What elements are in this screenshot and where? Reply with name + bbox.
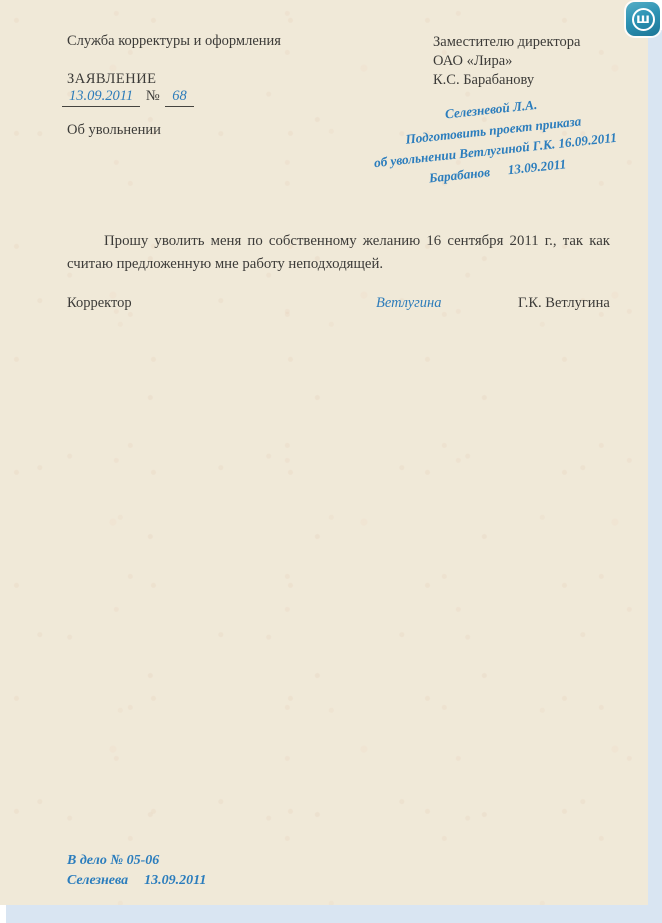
- addressee-line: К.С. Барабанову: [433, 71, 580, 90]
- document-type-title: ЗАЯВЛЕНИЕ: [67, 71, 157, 88]
- signer-name: Г.К. Ветлугина: [518, 295, 610, 312]
- department-line: Служба корректуры и оформления: [67, 33, 281, 50]
- document-date: 13.09.2011: [62, 88, 140, 107]
- document-page: Служба корректуры и оформления Заместите…: [0, 0, 648, 905]
- file-note-name: Селезнева: [67, 873, 128, 888]
- number-sign: №: [144, 88, 162, 104]
- site-watermark-logo: ш: [626, 2, 660, 36]
- file-note-case: В дело № 05-06: [67, 851, 206, 871]
- page: { "watermark": { "glyph": "ш" }, "header…: [0, 0, 662, 923]
- file-note-signature-line: Селезнева13.09.2011: [67, 871, 206, 891]
- resolution-signer: Барабанов: [428, 164, 490, 185]
- sh-letter-icon: ш: [632, 8, 655, 31]
- date-number-line: 13.09.2011 № 68: [62, 88, 194, 107]
- signer-position: Корректор: [67, 295, 132, 312]
- addressee-block: Заместителю директора ОАО «Лира» К.С. Ба…: [433, 33, 580, 90]
- signature-row: Корректор Ветлугина Г.К. Ветлугина: [0, 295, 648, 315]
- resolution-note: Селезневой Л.А. Подготовить проект прика…: [326, 83, 662, 199]
- file-note-date: 13.09.2011: [144, 873, 206, 888]
- signer-autograph: Ветлугина: [376, 295, 442, 312]
- file-note: В дело № 05-06 Селезнева13.09.2011: [67, 851, 206, 891]
- request-paragraph: Прошу уволить меня по собственному желан…: [67, 230, 610, 276]
- document-number: 68: [165, 88, 194, 107]
- resolution-date: 13.09.2011: [507, 156, 567, 177]
- subject-line: Об увольнении: [67, 122, 161, 139]
- addressee-line: ОАО «Лира»: [433, 52, 580, 71]
- addressee-line: Заместителю директора: [433, 33, 580, 52]
